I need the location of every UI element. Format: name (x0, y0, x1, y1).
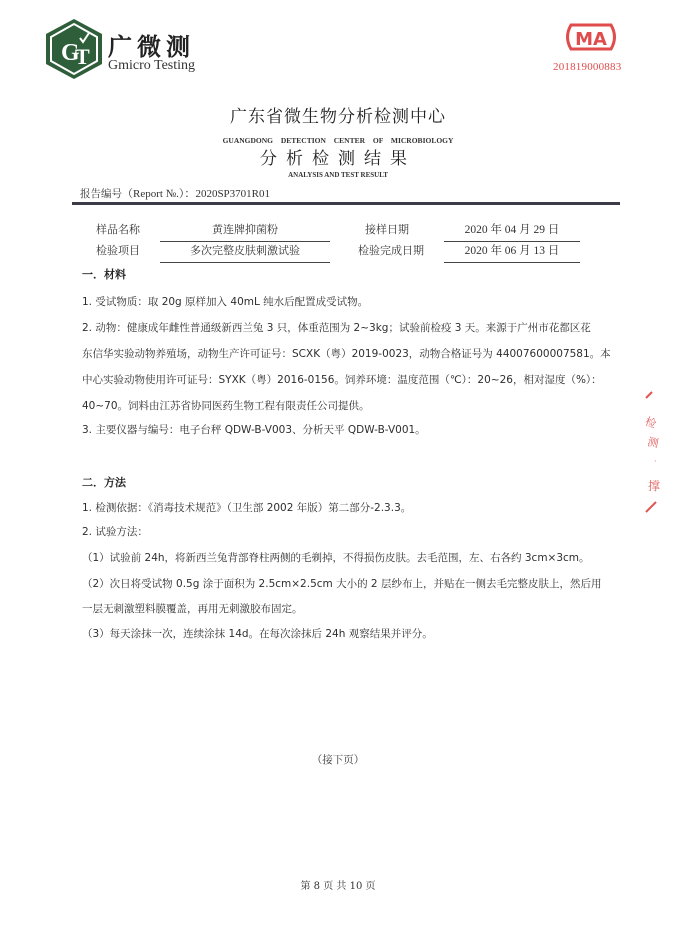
svg-text:·: · (654, 457, 657, 466)
svg-text:测: 测 (646, 434, 659, 450)
brand-name-cn: 广微测 (108, 27, 195, 62)
methods-line: （3）每天涂抹一次，连续涂抹 14d。在每次涂抹后 24h 观察结果并评分。 (82, 626, 433, 641)
methods-line: （1）试验前 24h，将新西兰兔背部脊柱两侧的毛剃掉，不得损伤皮肤。去毛范围，左… (82, 550, 590, 565)
header-divider (72, 202, 620, 205)
materials-line: 东信华实验动物养殖场，动物生产许可证号：SCXK（粤）2019-0023，动物合… (82, 346, 611, 361)
test-item-value: 多次完整皮肤刺激试验 (160, 242, 330, 263)
brand-name-en: Gmicro Testing (108, 58, 195, 74)
received-date-value: 2020 年 04 月 29 日 (444, 221, 580, 242)
test-item-label: 检验项目 (96, 242, 140, 258)
completed-date-label: 检验完成日期 (358, 242, 424, 258)
materials-line: 2. 动物：健康成年雌性普通级新西兰兔 3 只，体重范围为 2~3kg；试验前检… (82, 320, 591, 335)
section-materials-heading: 一．材料 (82, 266, 126, 282)
cma-certification-icon: MA (561, 22, 621, 52)
methods-line: 1. 检测依据：《消毒技术规范》（卫生部 2002 年版）第二部分-2.3.3。 (82, 500, 411, 515)
svg-text:T: T (75, 44, 90, 69)
report-number: 报告编号（Report №.）：2020SP3701R01 (80, 185, 270, 201)
report-number-label-cn: 报告编号 (80, 188, 122, 200)
sample-name-value: 黄连牌抑菌粉 (160, 221, 330, 242)
section-methods-heading: 二．方法 (82, 474, 126, 490)
methods-line: 2. 试验方法： (82, 524, 148, 539)
gmicro-logo-icon: G T (44, 18, 104, 80)
doc-title-en: ANALYSIS AND TEST RESULT (0, 171, 676, 179)
svg-text:检: 检 (643, 414, 658, 431)
page-number: 第 8 页 共 10 页 (0, 877, 676, 892)
materials-line: 中心实验动物使用许可证号：SYXK（粤）2016-0156。饲养环境：温度范围（… (82, 372, 602, 387)
report-number-value: 2020SP3701R01 (195, 188, 270, 200)
sample-name-label: 样品名称 (96, 221, 140, 237)
cma-number: 201819000883 (553, 61, 621, 73)
svg-text:MA: MA (575, 29, 607, 50)
methods-line: （2）次日将受试物 0.5g 涂于面积为 2.5cm×2.5cm 大小的 2 层… (82, 576, 601, 591)
materials-line: 3. 主要仪器与编号：电子台秤 QDW-B-V003、分析天平 QDW-B-V0… (82, 422, 426, 437)
methods-line: 一层无刺激塑料膜覆盖，再用无刺激胶布固定。 (82, 601, 303, 616)
materials-line: 1. 受试物质：取 20g 原样加入 40mL 纯水后配置成受试物。 (82, 294, 368, 309)
report-number-label-en: （Report №.）： (122, 188, 195, 200)
svg-text:撑: 撑 (648, 478, 660, 493)
continued-note: （接下页） (0, 752, 676, 767)
completed-date-value: 2020 年 06 月 13 日 (444, 242, 580, 263)
org-title-cn: 广东省微生物分析检测中心 (0, 102, 676, 127)
doc-title-cn: 分析检测结果 (0, 144, 676, 169)
seal-stamp-icon: 检 测 · 撑 (640, 390, 674, 515)
materials-line: 40~70。饲料由江苏省协同医药生物工程有限责任公司提供。 (82, 398, 370, 413)
received-date-label: 接样日期 (365, 221, 409, 237)
